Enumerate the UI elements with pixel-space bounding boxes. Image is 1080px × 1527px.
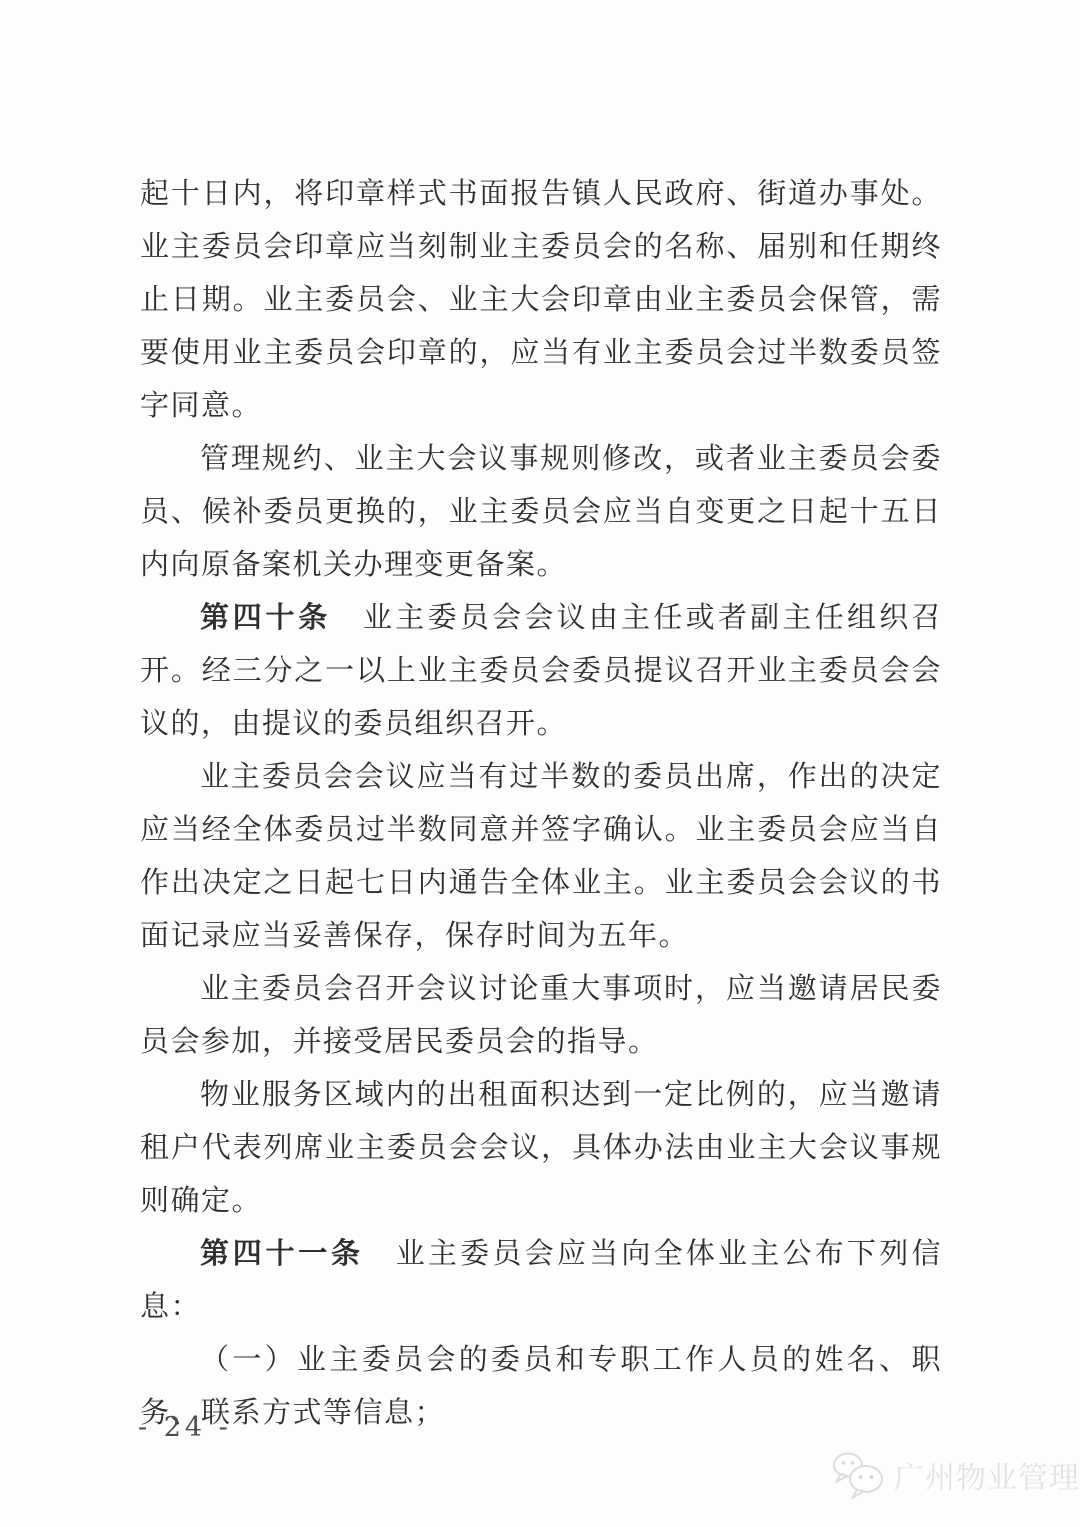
paragraph-article-41: 第四十一条业主委员会应当向全体业主公布下列信息：: [140, 1228, 942, 1334]
paragraph: 业主委员会会议应当有过半数的委员出席，作出的决定应当经全体委员过半数同意并签字确…: [140, 751, 942, 963]
document-page: 起十日内，将印章样式书面报告镇人民政府、街道办事处。业主委员会印章应当刻制业主委…: [0, 0, 1080, 1527]
paragraph-text: （一）业主委员会的委员和专职工作人员的姓名、职务、联系方式等信息；: [140, 1344, 942, 1429]
paragraph: 起十日内，将印章样式书面报告镇人民政府、街道办事处。业主委员会印章应当刻制业主委…: [140, 168, 942, 433]
article-number: 第四十一条: [200, 1238, 364, 1270]
paragraph-list-item-1: （一）业主委员会的委员和专职工作人员的姓名、职务、联系方式等信息；: [140, 1334, 942, 1440]
paragraph: 物业服务区域内的出租面积达到一定比例的，应当邀请租户代表列席业主委员会会议，具体…: [140, 1069, 942, 1228]
paragraph-article-40: 第四十条业主委员会会议由主任或者副主任组织召开。经三分之一以上业主委员会委员提议…: [140, 592, 942, 751]
article-number: 第四十条: [200, 602, 331, 634]
paragraph: 管理规约、业主大会议事规则修改，或者业主委员会委员、候补委员更换的，业主委员会应…: [140, 433, 942, 592]
paragraph-text: 业主委员会会议应当有过半数的委员出席，作出的决定应当经全体委员过半数同意并签字确…: [140, 761, 942, 952]
page-number: - 24 -: [138, 1412, 232, 1443]
paragraph: 业主委员会召开会议讨论重大事项时，应当邀请居民委员会参加，并接受居民委员会的指导…: [140, 963, 942, 1069]
watermark-label: 广州物业管理: [894, 1453, 1080, 1497]
paragraph-text: 管理规约、业主大会议事规则修改，或者业主委员会委员、候补委员更换的，业主委员会应…: [140, 443, 942, 581]
paragraph-text: 物业服务区域内的出租面积达到一定比例的，应当邀请租户代表列席业主委员会会议，具体…: [140, 1079, 942, 1217]
paragraph-text: 起十日内，将印章样式书面报告镇人民政府、街道办事处。业主委员会印章应当刻制业主委…: [140, 178, 942, 422]
document-body: 起十日内，将印章样式书面报告镇人民政府、街道办事处。业主委员会印章应当刻制业主委…: [140, 168, 942, 1440]
wechat-icon: [830, 1450, 888, 1500]
paragraph-text: 业主委员会召开会议讨论重大事项时，应当邀请居民委员会参加，并接受居民委员会的指导…: [140, 973, 942, 1058]
watermark: 广州物业管理: [830, 1450, 1080, 1500]
